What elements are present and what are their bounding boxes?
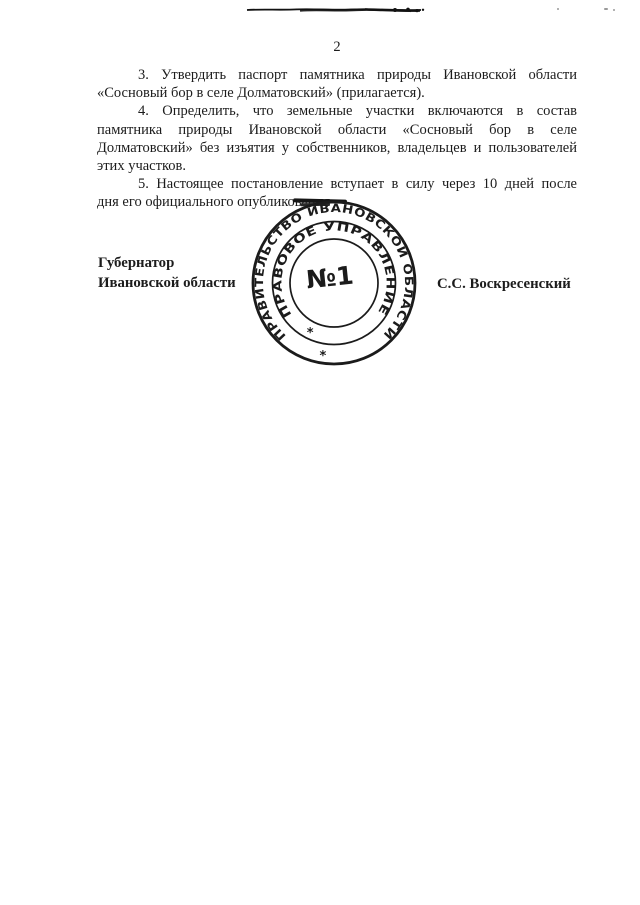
stamp-number: №1 <box>305 261 355 295</box>
doc-line: этих участков. <box>97 157 577 175</box>
doc-line: Долматовский» без изъятия у собственнико… <box>97 139 577 157</box>
doc-line: 4. Определить, что земельные участки вкл… <box>97 102 577 120</box>
doc-line: памятника природы Ивановской области «Со… <box>97 121 577 139</box>
stamp-star-icon: * <box>307 326 314 341</box>
doc-line: 3. Утвердить паспорт памятника природы И… <box>97 66 577 84</box>
document-page: 2 3. Утвердить паспорт памятника природы… <box>0 0 640 905</box>
official-stamp-icon: ПРАВИТЕЛЬСТВО ИВАНОВСКОЙ ОБЛАСТИ ПРАВОВО… <box>251 200 417 366</box>
signatory-title-line1: Губернатор <box>98 254 236 274</box>
signatory-title: Губернатор Ивановской области <box>98 254 236 293</box>
scan-speck <box>604 8 608 10</box>
stamp-star-icon: * <box>319 349 326 364</box>
scan-speck <box>557 8 559 10</box>
signatory-title-line2: Ивановской области <box>98 274 236 294</box>
page-number: 2 <box>97 39 577 56</box>
doc-line: «Сосновый бор в селе Долматовский» (прил… <box>97 84 577 102</box>
doc-line: 5. Настоящее постановление вступает в си… <box>97 175 577 193</box>
signatory-name: С.С. Воскресенский <box>437 276 571 293</box>
document-body: 3. Утвердить паспорт памятника природы И… <box>97 66 577 212</box>
scan-speck <box>613 9 615 11</box>
scan-artifact-line <box>245 3 425 17</box>
